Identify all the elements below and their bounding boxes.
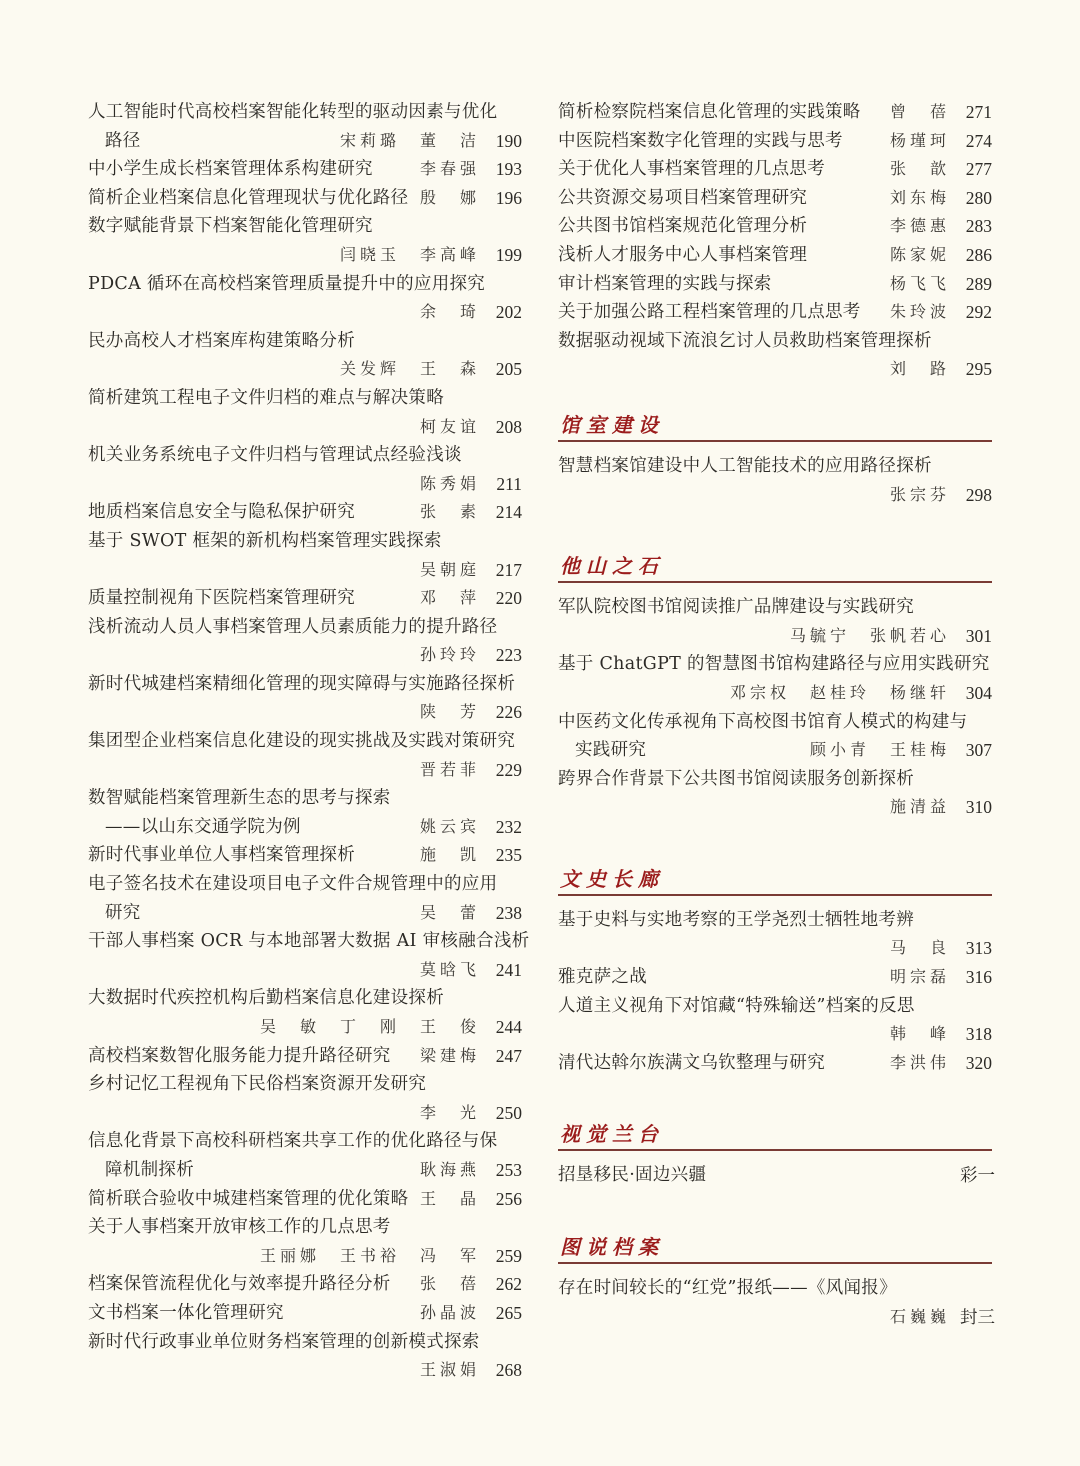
toc-line: 王淑娟268 [88, 1356, 522, 1385]
article-title[interactable]: 数据驱动视域下流浪乞讨人员救助档案管理探析 [558, 327, 932, 356]
article-title[interactable]: 基于 ChatGPT 的智慧图书馆构建路径与应用实践研究 [558, 650, 990, 679]
toc-entry[interactable]: 公共资源交易项目档案管理研究刘东梅280 [558, 184, 992, 213]
article-authors: 张宗芬 [890, 481, 950, 510]
toc-line: 关发辉 王 森205 [88, 355, 522, 384]
article-title[interactable]: 关于人事档案开放审核工作的几点思考 [88, 1213, 391, 1242]
section-header: 他山之石 [558, 547, 992, 583]
toc-entry[interactable]: 审计档案管理的实践与探索杨飞飞289 [558, 270, 992, 299]
toc-entry[interactable]: 智慧档案馆建设中人工智能技术的应用路径探析张宗芬298 [558, 452, 992, 509]
toc-entry[interactable]: 新时代城建档案精细化管理的现实障碍与实施路径探析陕 芳226 [88, 670, 522, 727]
article-authors: 莫晗飞 [420, 956, 480, 985]
toc-line: 吴 敏 丁 刚 王 俊244 [88, 1013, 522, 1042]
article-title[interactable]: 档案保管流程优化与效率提升路径分析 [88, 1270, 391, 1299]
page-number[interactable]: 262 [490, 1270, 522, 1299]
toc-entry[interactable]: 简析联合验收中城建档案管理的优化策略王 晶256 [88, 1185, 522, 1214]
toc-line: 路径宋莉璐 董 洁190 [88, 127, 522, 156]
toc-line: 施清益310 [558, 793, 992, 822]
toc-entry[interactable]: 基于 ChatGPT 的智慧图书馆构建路径与应用实践研究邓宗权 赵桂玲 杨继轩3… [558, 650, 992, 707]
toc-line: 简析建筑工程电子文件归档的难点与解决策略 [88, 384, 522, 413]
toc-line: ——以山东交通学院为例姚云宾232 [88, 813, 522, 842]
page-number[interactable]: 229 [490, 756, 522, 785]
article-authors: 施清益 [890, 793, 950, 822]
article-authors: 柯友谊 [420, 413, 480, 442]
article-authors: 李德惠 [890, 212, 950, 241]
page-number[interactable]: 259 [490, 1242, 522, 1271]
toc-right-column: 简析检察院档案信息化管理的实践策略曾 蓓271中医院档案数字化管理的实践与思考杨… [558, 98, 992, 1331]
toc-line: 邓宗权 赵桂玲 杨继轩304 [558, 679, 992, 708]
article-authors: 耿海燕 [420, 1156, 480, 1185]
page-number[interactable]: 274 [960, 127, 992, 156]
page-number[interactable]: 289 [960, 270, 992, 299]
article-authors: 陕 芳 [420, 698, 480, 727]
article-title[interactable]: 信息化背景下高校科研档案共享工作的优化路径与保 [88, 1127, 497, 1156]
article-authors: 姚云宾 [420, 813, 480, 842]
toc-line: 简析联合验收中城建档案管理的优化策略王 晶256 [88, 1185, 522, 1214]
article-title[interactable]: 存在时间较长的“红党”报纸——《风闻报》 [558, 1274, 897, 1303]
toc-line: 柯友谊208 [88, 413, 522, 442]
toc-entry[interactable]: 简析建筑工程电子文件归档的难点与解决策略柯友谊208 [88, 384, 522, 441]
toc-line: 集团型企业档案信息化建设的现实挑战及实践对策研究 [88, 727, 522, 756]
article-title[interactable]: 简析建筑工程电子文件归档的难点与解决策略 [88, 384, 444, 413]
page-number[interactable]: 235 [490, 841, 522, 870]
article-authors: 韩 峰 [890, 1020, 950, 1049]
toc-line: 乡村记忆工程视角下民俗档案资源开发研究 [88, 1070, 522, 1099]
article-title[interactable]: 民办高校人才档案库构建策略分析 [88, 327, 355, 356]
toc-entry[interactable]: 电子签名技术在建设项目电子文件合规管理中的应用研究吴 蕾238 [88, 870, 522, 927]
toc-line: 新时代城建档案精细化管理的现实障碍与实施路径探析 [88, 670, 522, 699]
page-number[interactable]: 298 [960, 481, 992, 510]
article-title[interactable]: PDCA 循环在高校档案管理质量提升中的应用探究 [88, 270, 485, 299]
toc-line: 公共图书馆档案规范化管理分析李德惠283 [558, 212, 992, 241]
article-authors: 曾 蓓 [890, 98, 950, 127]
page-number[interactable]: 265 [490, 1299, 522, 1328]
toc-entry[interactable]: 基于史料与实地考察的王学尧烈士牺牲地考辨马 良313 [558, 906, 992, 963]
page-number[interactable]: 271 [960, 98, 992, 127]
page-number[interactable]: 208 [490, 413, 522, 442]
toc-line: 张宗芬298 [558, 481, 992, 510]
toc-entry[interactable]: 清代达斡尔族满文乌钦整理与研究李洪伟320 [558, 1049, 992, 1078]
article-title[interactable]: 人道主义视角下对馆藏“特殊输送”档案的反思 [558, 992, 915, 1021]
toc-line: 晋若菲229 [88, 756, 522, 785]
toc-line: 招垦移民·固边兴疆彩一 [558, 1161, 992, 1190]
toc-line: 人道主义视角下对馆藏“特殊输送”档案的反思 [558, 992, 992, 1021]
article-title[interactable]: 文书档案一体化管理研究 [88, 1299, 284, 1328]
toc-line: 人工智能时代高校档案智能化转型的驱动因素与优化 [88, 98, 522, 127]
toc-entry[interactable]: 数智赋能档案管理新生态的思考与探索——以山东交通学院为例姚云宾232 [88, 784, 522, 841]
toc-entry[interactable]: 新时代行政事业单位财务档案管理的创新模式探索王淑娟268 [88, 1328, 522, 1385]
page-number[interactable]: 彩一 [960, 1161, 992, 1190]
page-number[interactable]: 247 [490, 1042, 522, 1071]
toc-line: 机关业务系统电子文件归档与管理试点经验浅谈 [88, 441, 522, 470]
article-authors: 张 素 [420, 498, 480, 527]
article-title[interactable]: 关于优化人事档案管理的几点思考 [558, 155, 825, 184]
toc-entry[interactable]: 跨界合作背景下公共图书馆阅读服务创新探析施清益310 [558, 765, 992, 822]
article-authors: 宋莉璐 董 洁 [340, 127, 480, 156]
toc-entry[interactable]: 文书档案一体化管理研究孙晶波265 [88, 1299, 522, 1328]
toc-entry[interactable]: 中医院档案数字化管理的实践与思考杨瑾珂274 [558, 127, 992, 156]
toc-line: 障机制探析耿海燕253 [88, 1156, 522, 1185]
article-title[interactable]: 清代达斡尔族满文乌钦整理与研究 [558, 1049, 825, 1078]
toc-line: PDCA 循环在高校档案管理质量提升中的应用探究 [88, 270, 522, 299]
article-title[interactable]: 浅析人才服务中心人事档案管理 [558, 241, 807, 270]
section-title: 视觉兰台 [560, 1118, 664, 1147]
article-authors: 杨瑾珂 [890, 127, 950, 156]
article-title[interactable]: 招垦移民·固边兴疆 [558, 1161, 706, 1190]
article-title[interactable]: 实践研究 [558, 736, 646, 765]
toc-entry[interactable]: 基于 SWOT 框架的新机构档案管理实践探索吴朝庭217 [88, 527, 522, 584]
page-number[interactable]: 320 [960, 1049, 992, 1078]
page-number[interactable]: 190 [490, 127, 522, 156]
toc-entry[interactable]: 简析检察院档案信息化管理的实践策略曾 蓓271 [558, 98, 992, 127]
section-header: 视觉兰台 [558, 1115, 992, 1151]
toc-line: 数字赋能背景下档案智能化管理研究 [88, 212, 522, 241]
section-header: 馆室建设 [558, 406, 992, 442]
article-authors: 石巍巍 [890, 1303, 950, 1332]
article-authors: 吴朝庭 [420, 556, 480, 585]
toc-line: 中小学生成长档案管理体系构建研究李春强193 [88, 155, 522, 184]
page-number[interactable]: 223 [490, 641, 522, 670]
section-header: 图说档案 [558, 1228, 992, 1264]
toc-entry[interactable]: 招垦移民·固边兴疆彩一 [558, 1161, 992, 1190]
page-number[interactable]: 253 [490, 1156, 522, 1185]
section-gap [558, 822, 992, 838]
page-number[interactable]: 310 [960, 793, 992, 822]
section-gap [558, 509, 992, 525]
toc-line: 简析检察院档案信息化管理的实践策略曾 蓓271 [558, 98, 992, 127]
toc-line: 地质档案信息安全与隐私保护研究张 素214 [88, 498, 522, 527]
toc-entry[interactable]: 关于加强公路工程档案管理的几点思考朱玲波292 [558, 298, 992, 327]
toc-line: 中医院档案数字化管理的实践与思考杨瑾珂274 [558, 127, 992, 156]
article-title[interactable]: 简析联合验收中城建档案管理的优化策略 [88, 1185, 408, 1214]
toc-line: 闫晓玉 李高峰199 [88, 241, 522, 270]
toc-line: 干部人事档案 OCR 与本地部署大数据 AI 审核融合浅析 [88, 927, 522, 956]
article-title[interactable]: 数字赋能背景下档案智能化管理研究 [88, 212, 373, 241]
toc-entry[interactable]: 集团型企业档案信息化建设的现实挑战及实践对策研究晋若菲229 [88, 727, 522, 784]
article-title[interactable]: 电子签名技术在建设项目电子文件合规管理中的应用 [88, 870, 497, 899]
toc-entry[interactable]: 高校档案数智化服务能力提升路径研究梁建梅247 [88, 1042, 522, 1071]
article-authors: 朱玲波 [890, 298, 950, 327]
toc-line: 大数据时代疾控机构后勤档案信息化建设探析 [88, 984, 522, 1013]
article-title[interactable]: 数智赋能档案管理新生态的思考与探索 [88, 784, 391, 813]
page-number[interactable]: 280 [960, 184, 992, 213]
page-number[interactable]: 196 [490, 184, 522, 213]
toc-entry[interactable]: 关于优化人事档案管理的几点思考张 歆277 [558, 155, 992, 184]
page-number[interactable]: 211 [490, 470, 522, 499]
article-title[interactable]: 干部人事档案 OCR 与本地部署大数据 AI 审核融合浅析 [88, 927, 529, 956]
toc-line: 李 光250 [88, 1099, 522, 1128]
article-authors: 梁建梅 [420, 1042, 480, 1071]
article-authors: 闫晓玉 李高峰 [340, 241, 480, 270]
article-title[interactable]: 大数据时代疾控机构后勤档案信息化建设探析 [88, 984, 444, 1013]
toc-line: 信息化背景下高校科研档案共享工作的优化路径与保 [88, 1127, 522, 1156]
toc-line: 审计档案管理的实践与探索杨飞飞289 [558, 270, 992, 299]
toc-entry[interactable]: 中医药文化传承视角下高校图书馆育人模式的构建与实践研究顾小青 王桂梅307 [558, 708, 992, 765]
article-authors: 王 晶 [420, 1185, 480, 1214]
page-number[interactable]: 238 [490, 899, 522, 928]
article-authors: 王丽娜 王书裕 冯 军 [260, 1242, 480, 1271]
toc-entry[interactable]: 中小学生成长档案管理体系构建研究李春强193 [88, 155, 522, 184]
page-number[interactable]: 205 [490, 355, 522, 384]
page-number[interactable]: 316 [960, 963, 992, 992]
article-title[interactable]: 乡村记忆工程视角下民俗档案资源开发研究 [88, 1070, 426, 1099]
article-title[interactable]: 跨界合作背景下公共图书馆阅读服务创新探析 [558, 765, 914, 794]
page-number[interactable]: 301 [960, 622, 992, 651]
toc-line: 新时代行政事业单位财务档案管理的创新模式探索 [88, 1328, 522, 1357]
page-number[interactable]: 220 [490, 584, 522, 613]
section-title: 他山之石 [560, 550, 664, 579]
toc-entry[interactable]: 地质档案信息安全与隐私保护研究张 素214 [88, 498, 522, 527]
article-authors: 王淑娟 [420, 1356, 480, 1385]
toc-line: 王丽娜 王书裕 冯 军259 [88, 1242, 522, 1271]
article-authors: 关发辉 王 森 [340, 355, 480, 384]
article-authors: 刘东梅 [890, 184, 950, 213]
article-authors: 施 凯 [420, 841, 480, 870]
toc-line: 中医药文化传承视角下高校图书馆育人模式的构建与 [558, 708, 992, 737]
page-number[interactable]: 封三 [960, 1303, 992, 1332]
toc-line: 军队院校图书馆阅读推广品牌建设与实践研究 [558, 593, 992, 622]
page-number[interactable]: 250 [490, 1099, 522, 1128]
toc-entry[interactable]: 大数据时代疾控机构后勤档案信息化建设探析吴 敏 丁 刚 王 俊244 [88, 984, 522, 1041]
article-authors: 殷 娜 [420, 184, 480, 213]
toc-entry[interactable]: 乡村记忆工程视角下民俗档案资源开发研究李 光250 [88, 1070, 522, 1127]
toc-line: 质量控制视角下医院档案管理研究邓 萍220 [88, 584, 522, 613]
toc-entry[interactable]: 民办高校人才档案库构建策略分析关发辉 王 森205 [88, 327, 522, 384]
article-authors: 刘 路 [890, 355, 950, 384]
toc-line: 实践研究顾小青 王桂梅307 [558, 736, 992, 765]
page-number[interactable]: 277 [960, 155, 992, 184]
article-authors: 张 歆 [890, 155, 950, 184]
page-number[interactable]: 214 [490, 498, 522, 527]
article-title[interactable]: 高校档案数智化服务能力提升路径研究 [88, 1042, 391, 1071]
article-title[interactable]: 路径 [88, 127, 141, 156]
article-title[interactable]: 集团型企业档案信息化建设的现实挑战及实践对策研究 [88, 727, 515, 756]
toc-line: 吴朝庭217 [88, 556, 522, 585]
page-number[interactable]: 241 [490, 956, 522, 985]
article-authors: 邓 萍 [420, 584, 480, 613]
toc-line: 关于人事档案开放审核工作的几点思考 [88, 1213, 522, 1242]
page-number[interactable]: 193 [490, 155, 522, 184]
toc-line: 陈秀娟211 [88, 470, 522, 499]
page-number[interactable]: 268 [490, 1356, 522, 1385]
page-number[interactable]: 313 [960, 934, 992, 963]
toc-line: 档案保管流程优化与效率提升路径分析张 蓓262 [88, 1270, 522, 1299]
article-authors: 吴 蕾 [420, 899, 480, 928]
article-authors: 晋若菲 [420, 756, 480, 785]
toc-line: 余 琦202 [88, 298, 522, 327]
toc-line: 基于 ChatGPT 的智慧图书馆构建路径与应用实践研究 [558, 650, 992, 679]
toc-line: 关于优化人事档案管理的几点思考张 歆277 [558, 155, 992, 184]
article-title[interactable]: 中医药文化传承视角下高校图书馆育人模式的构建与 [558, 708, 967, 737]
toc-line: 浅析人才服务中心人事档案管理陈家妮286 [558, 241, 992, 270]
page-number[interactable]: 199 [490, 241, 522, 270]
article-authors: 孙玲玲 [420, 641, 480, 670]
toc-line: 跨界合作背景下公共图书馆阅读服务创新探析 [558, 765, 992, 794]
article-title[interactable]: 障机制探析 [88, 1156, 194, 1185]
toc-line: 新时代事业单位人事档案管理探析施 凯235 [88, 841, 522, 870]
article-title[interactable]: 简析企业档案信息化管理现状与优化路径 [88, 184, 408, 213]
article-title[interactable]: 人工智能时代高校档案智能化转型的驱动因素与优化 [88, 98, 497, 127]
article-authors: 顾小青 王桂梅 [810, 736, 950, 765]
page-number[interactable]: 226 [490, 698, 522, 727]
toc-entry[interactable]: 档案保管流程优化与效率提升路径分析张 蓓262 [88, 1270, 522, 1299]
article-authors: 张 蓓 [420, 1270, 480, 1299]
article-title[interactable]: 质量控制视角下医院档案管理研究 [88, 584, 355, 613]
page-number[interactable]: 256 [490, 1185, 522, 1214]
toc-line: 数智赋能档案管理新生态的思考与探索 [88, 784, 522, 813]
page-number[interactable]: 286 [960, 241, 992, 270]
article-authors: 李 光 [420, 1099, 480, 1128]
toc-line: 民办高校人才档案库构建策略分析 [88, 327, 522, 356]
toc-line: 浅析流动人员人事档案管理人员素质能力的提升路径 [88, 613, 522, 642]
article-title[interactable]: 简析检察院档案信息化管理的实践策略 [558, 98, 861, 127]
toc-entry[interactable]: 军队院校图书馆阅读推广品牌建设与实践研究马毓宁 张帆若心301 [558, 593, 992, 650]
toc-entry[interactable]: 人道主义视角下对馆藏“特殊输送”档案的反思韩 峰318 [558, 992, 992, 1049]
toc-entry[interactable]: 数字赋能背景下档案智能化管理研究闫晓玉 李高峰199 [88, 212, 522, 269]
toc-line: 研究吴 蕾238 [88, 899, 522, 928]
toc-line: 电子签名技术在建设项目电子文件合规管理中的应用 [88, 870, 522, 899]
toc-entry[interactable]: 质量控制视角下医院档案管理研究邓 萍220 [88, 584, 522, 613]
page-number[interactable]: 244 [490, 1013, 522, 1042]
section-title: 图说档案 [560, 1231, 664, 1260]
toc-line: 清代达斡尔族满文乌钦整理与研究李洪伟320 [558, 1049, 992, 1078]
article-title[interactable]: 关于加强公路工程档案管理的几点思考 [558, 298, 861, 327]
page-number[interactable]: 283 [960, 212, 992, 241]
article-authors: 陈秀娟 [420, 470, 480, 499]
article-title[interactable]: 雅克萨之战 [558, 963, 647, 992]
article-authors: 李春强 [420, 155, 480, 184]
toc-entry[interactable]: 简析企业档案信息化管理现状与优化路径殷 娜196 [88, 184, 522, 213]
toc-line: 马毓宁 张帆若心301 [558, 622, 992, 651]
toc-entry[interactable]: 存在时间较长的“红党”报纸——《风闻报》石巍巍封三 [558, 1274, 992, 1331]
page-number[interactable]: 318 [960, 1020, 992, 1049]
toc-entry[interactable]: 关于人事档案开放审核工作的几点思考王丽娜 王书裕 冯 军259 [88, 1213, 522, 1270]
toc-entry[interactable]: 人工智能时代高校档案智能化转型的驱动因素与优化路径宋莉璐 董 洁190 [88, 98, 522, 155]
toc-line: 雅克萨之战明宗磊316 [558, 963, 992, 992]
section-gap [558, 1077, 992, 1093]
article-title[interactable]: 研究 [88, 899, 141, 928]
toc-line: 马 良313 [558, 934, 992, 963]
page-number[interactable]: 307 [960, 736, 992, 765]
article-authors: 李洪伟 [890, 1049, 950, 1078]
toc-entry[interactable]: 浅析人才服务中心人事档案管理陈家妮286 [558, 241, 992, 270]
article-authors: 余 琦 [420, 298, 480, 327]
page-number[interactable]: 295 [960, 355, 992, 384]
page-number[interactable]: 217 [490, 556, 522, 585]
article-title[interactable]: 机关业务系统电子文件归档与管理试点经验浅谈 [88, 441, 462, 470]
article-authors: 明宗磊 [890, 963, 950, 992]
page-number[interactable]: 304 [960, 679, 992, 708]
section-title: 文史长廊 [560, 863, 664, 892]
toc-entry[interactable]: 公共图书馆档案规范化管理分析李德惠283 [558, 212, 992, 241]
toc-line: 陕 芳226 [88, 698, 522, 727]
article-title[interactable]: 新时代城建档案精细化管理的现实障碍与实施路径探析 [88, 670, 515, 699]
article-authors: 马 良 [890, 934, 950, 963]
page-number[interactable]: 292 [960, 298, 992, 327]
toc-left-column: 人工智能时代高校档案智能化转型的驱动因素与优化路径宋莉璐 董 洁190中小学生成… [88, 98, 522, 1385]
toc-line: 存在时间较长的“红党”报纸——《风闻报》 [558, 1274, 992, 1303]
toc-line: 文书档案一体化管理研究孙晶波265 [88, 1299, 522, 1328]
article-title[interactable]: 审计档案管理的实践与探索 [558, 270, 772, 299]
toc-line: 基于 SWOT 框架的新机构档案管理实践探索 [88, 527, 522, 556]
article-authors: 孙晶波 [420, 1299, 480, 1328]
article-title[interactable]: 浅析流动人员人事档案管理人员素质能力的提升路径 [88, 613, 497, 642]
toc-entry[interactable]: 数据驱动视域下流浪乞讨人员救助档案管理探析刘 路295 [558, 327, 992, 384]
toc-line: 刘 路295 [558, 355, 992, 384]
article-authors: 邓宗权 赵桂玲 杨继轩 [730, 679, 950, 708]
section-header: 文史长廊 [558, 860, 992, 896]
toc-entry[interactable]: 雅克萨之战明宗磊316 [558, 963, 992, 992]
toc-line: 数据驱动视域下流浪乞讨人员救助档案管理探析 [558, 327, 992, 356]
toc-entry[interactable]: 干部人事档案 OCR 与本地部署大数据 AI 审核融合浅析莫晗飞241 [88, 927, 522, 984]
article-title[interactable]: 基于史料与实地考察的王学尧烈士牺牲地考辨 [558, 906, 914, 935]
article-authors: 吴 敏 丁 刚 王 俊 [260, 1013, 480, 1042]
article-title[interactable]: 公共图书馆档案规范化管理分析 [558, 212, 807, 241]
toc-line: 高校档案数智化服务能力提升路径研究梁建梅247 [88, 1042, 522, 1071]
article-title[interactable]: ——以山东交通学院为例 [88, 813, 301, 842]
article-authors: 杨飞飞 [890, 270, 950, 299]
article-title[interactable]: 新时代行政事业单位财务档案管理的创新模式探索 [88, 1328, 480, 1357]
toc-line: 莫晗飞241 [88, 956, 522, 985]
toc-entry[interactable]: 浅析流动人员人事档案管理人员素质能力的提升路径孙玲玲223 [88, 613, 522, 670]
article-title[interactable]: 基于 SWOT 框架的新机构档案管理实践探索 [88, 527, 442, 556]
article-authors: 马毓宁 张帆若心 [790, 622, 950, 651]
toc-line: 关于加强公路工程档案管理的几点思考朱玲波292 [558, 298, 992, 327]
toc-entry[interactable]: 信息化背景下高校科研档案共享工作的优化路径与保障机制探析耿海燕253 [88, 1127, 522, 1184]
section-title: 馆室建设 [560, 409, 664, 438]
toc-line: 石巍巍封三 [558, 1303, 992, 1332]
toc-entry[interactable]: PDCA 循环在高校档案管理质量提升中的应用探究余 琦202 [88, 270, 522, 327]
page-number[interactable]: 202 [490, 298, 522, 327]
toc-entry[interactable]: 新时代事业单位人事档案管理探析施 凯235 [88, 841, 522, 870]
toc-line: 智慧档案馆建设中人工智能技术的应用路径探析 [558, 452, 992, 481]
page-number[interactable]: 232 [490, 813, 522, 842]
toc-line: 公共资源交易项目档案管理研究刘东梅280 [558, 184, 992, 213]
article-title[interactable]: 中小学生成长档案管理体系构建研究 [88, 155, 373, 184]
article-title[interactable]: 地质档案信息安全与隐私保护研究 [88, 498, 355, 527]
article-title[interactable]: 军队院校图书馆阅读推广品牌建设与实践研究 [558, 593, 914, 622]
article-authors: 陈家妮 [890, 241, 950, 270]
article-title[interactable]: 中医院档案数字化管理的实践与思考 [558, 127, 843, 156]
toc-entry[interactable]: 机关业务系统电子文件归档与管理试点经验浅谈陈秀娟211 [88, 441, 522, 498]
article-title[interactable]: 智慧档案馆建设中人工智能技术的应用路径探析 [558, 452, 932, 481]
article-title[interactable]: 公共资源交易项目档案管理研究 [558, 184, 807, 213]
toc-line: 基于史料与实地考察的王学尧烈士牺牲地考辨 [558, 906, 992, 935]
toc-line: 韩 峰318 [558, 1020, 992, 1049]
toc-line: 孙玲玲223 [88, 641, 522, 670]
article-title[interactable]: 新时代事业单位人事档案管理探析 [88, 841, 355, 870]
toc-line: 简析企业档案信息化管理现状与优化路径殷 娜196 [88, 184, 522, 213]
section-gap [558, 1190, 992, 1206]
